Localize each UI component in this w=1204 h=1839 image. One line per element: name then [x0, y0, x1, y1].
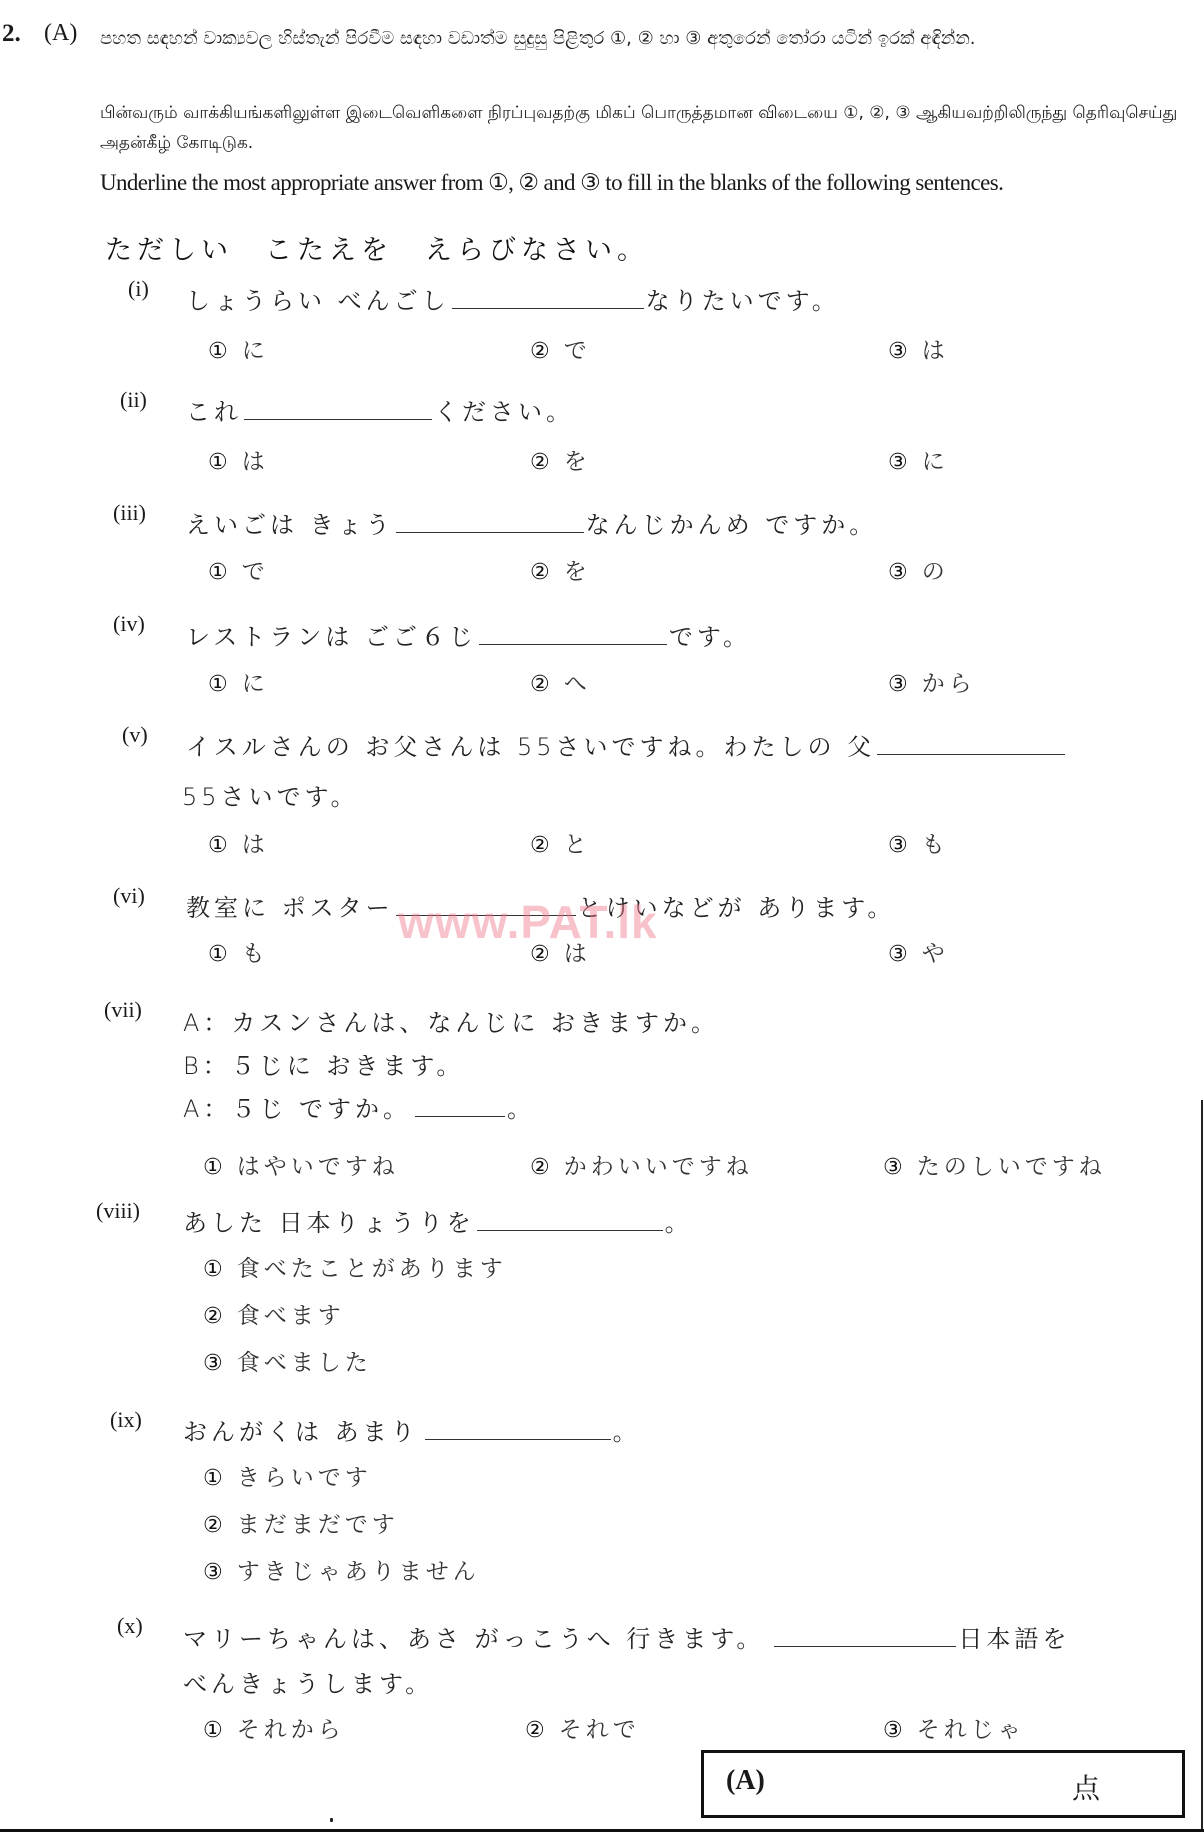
question-part-label: (A) [44, 20, 77, 47]
question-i-before: しょうらい べんごし [186, 287, 450, 315]
instruction-sinhala: පහත සඳහන් වාක්‍යවල හිස්තැන් පිරවීම සඳහා … [100, 24, 1190, 54]
question-number-v: (v) [122, 722, 148, 748]
question-iii-option-2[interactable]: ②を [530, 553, 591, 586]
question-v-sentence-line2: 55さいです。 [182, 777, 359, 812]
question-number-iii: (iii) [113, 500, 146, 526]
question-vi-blank[interactable] [396, 893, 576, 916]
score-box: (A) 点 [701, 1750, 1185, 1818]
question-viii-option-1[interactable]: ①食べたことがあります [203, 1250, 507, 1283]
question-number-iv: (iv) [113, 611, 145, 637]
question-i-after: なりたいです。 [646, 287, 840, 315]
question-x-option-2[interactable]: ②それで [525, 1711, 640, 1744]
question-ii-before: これ [186, 398, 242, 426]
question-v-sentence-line1: イスルさんの お父さんは 55さいですね。わたしの 父 [186, 727, 1067, 762]
question-ii-option-3[interactable]: ③に [888, 443, 949, 476]
question-x-after: 日本語を [958, 1625, 1070, 1653]
question-vii-option-3[interactable]: ③たのしいですね [883, 1148, 1106, 1181]
instruction-english: Underline the most appropriate answer fr… [100, 170, 1204, 196]
question-ii-option-1[interactable]: ①は [208, 443, 269, 476]
question-x-option-3[interactable]: ③それじゃ [883, 1711, 1025, 1744]
question-vii-line3-text: A：５じ ですか。 [183, 1095, 411, 1123]
question-v-option-3[interactable]: ③も [888, 826, 949, 859]
question-vii-after: 。 [507, 1095, 535, 1123]
question-vii-blank[interactable] [415, 1094, 505, 1117]
question-vi-sentence: 教室に ポスターとけいなどが あります。 [186, 888, 895, 923]
question-v-option-2[interactable]: ②と [530, 826, 591, 859]
question-number-ii: (ii) [120, 387, 147, 413]
question-i-option-2[interactable]: ②で [530, 332, 591, 365]
question-ix-blank[interactable] [425, 1417, 611, 1440]
question-ii-blank[interactable] [244, 397, 432, 420]
question-i-sentence: しょうらい べんごしなりたいです。 [186, 281, 840, 316]
question-viii-after: 。 [665, 1209, 693, 1237]
question-viii-option-2[interactable]: ②食べます [203, 1297, 345, 1330]
question-number-vi: (vi) [113, 883, 145, 909]
question-viii-before: あした 日本りょうりを [183, 1209, 475, 1237]
question-vii-option-1[interactable]: ①はやいですね [203, 1148, 399, 1181]
question-iii-after: なんじかんめ ですか。 [586, 511, 878, 539]
question-vi-option-1[interactable]: ①も [208, 935, 269, 968]
question-iv-sentence: レストランは ごご６じです。 [186, 617, 751, 652]
question-iii-blank[interactable] [396, 510, 584, 533]
page-border-bottom [0, 1829, 1204, 1832]
question-ix-option-3[interactable]: ③すきじゃありません [203, 1553, 480, 1586]
question-iv-option-2[interactable]: ②へ [530, 665, 591, 698]
question-iv-option-1[interactable]: ①に [208, 665, 269, 698]
question-iii-option-1[interactable]: ①で [208, 553, 269, 586]
question-ix-option-2[interactable]: ②まだまだです [203, 1506, 399, 1539]
question-ix-before: おんがくは あまり [183, 1418, 419, 1446]
question-i-blank[interactable] [452, 286, 644, 309]
question-ix-option-1[interactable]: ①きらいです [203, 1459, 372, 1492]
question-iii-before: えいごは きょう [186, 511, 394, 539]
question-v-option-1[interactable]: ①は [208, 826, 269, 859]
question-iv-before: レストランは ごご６じ [186, 623, 477, 651]
question-v-before: イスルさんの お父さんは 55さいですね。わたしの 父 [186, 733, 875, 761]
question-number-i: (i) [128, 276, 149, 302]
question-vii-dialogue-line3: A：５じ ですか。。 [183, 1089, 535, 1124]
question-ii-sentence: これください。 [186, 392, 574, 427]
question-x-sentence-line2: べんきょうします。 [183, 1664, 433, 1699]
question-i-option-3[interactable]: ③は [888, 332, 949, 365]
question-iv-option-3[interactable]: ③から [888, 665, 976, 698]
score-box-label: (A) [726, 1765, 765, 1797]
instruction-japanese: ただしい こたえを えらびなさい。 [105, 228, 649, 267]
question-ii-after: ください。 [434, 398, 574, 426]
stray-dot [330, 1818, 333, 1822]
question-vii-option-2[interactable]: ②かわいいですね [530, 1148, 753, 1181]
question-iii-option-3[interactable]: ③の [888, 553, 949, 586]
question-number-viii: (viii) [96, 1198, 140, 1224]
question-number: 2. [2, 20, 21, 48]
question-i-option-1[interactable]: ①に [208, 332, 269, 365]
question-vii-dialogue-line1: A：カスンさんは、なんじに おきますか。 [183, 1003, 719, 1038]
score-box-unit: 点 [1072, 1767, 1100, 1807]
question-vi-before: 教室に ポスター [186, 894, 394, 922]
question-iii-sentence: えいごは きょうなんじかんめ ですか。 [186, 505, 877, 540]
question-v-blank[interactable] [877, 732, 1065, 755]
question-viii-sentence: あした 日本りょうりを。 [183, 1203, 693, 1238]
question-viii-option-3[interactable]: ③食べました [203, 1344, 372, 1377]
question-vi-after: とけいなどが あります。 [578, 894, 896, 922]
question-x-sentence-line1: マリーちゃんは、あさ がっこうへ 行きます。日本語を [183, 1619, 1070, 1654]
question-ix-after: 。 [613, 1418, 641, 1446]
instruction-tamil: பின்வரும் வாக்கியங்களிலுள்ள இடைவெளிகளை ந… [100, 98, 1200, 158]
question-x-before: マリーちゃんは、あさ がっこうへ 行きます。 [183, 1625, 764, 1653]
question-vi-option-3[interactable]: ③や [888, 935, 949, 968]
question-number-ix: (ix) [110, 1407, 142, 1433]
page-border-right [1201, 1100, 1203, 1830]
question-number-vii: (vii) [104, 997, 142, 1023]
question-ix-sentence: おんがくは あまり。 [183, 1412, 641, 1447]
question-vii-dialogue-line2: B：５じに おきます。 [183, 1046, 464, 1081]
question-x-option-1[interactable]: ①それから [203, 1711, 345, 1744]
question-number-x: (x) [117, 1613, 143, 1639]
question-iv-after: です。 [669, 623, 751, 651]
question-viii-blank[interactable] [477, 1208, 663, 1231]
question-iv-blank[interactable] [479, 622, 667, 645]
question-vi-option-2[interactable]: ②は [530, 935, 591, 968]
question-ii-option-2[interactable]: ②を [530, 443, 591, 476]
question-x-blank[interactable] [774, 1624, 956, 1647]
